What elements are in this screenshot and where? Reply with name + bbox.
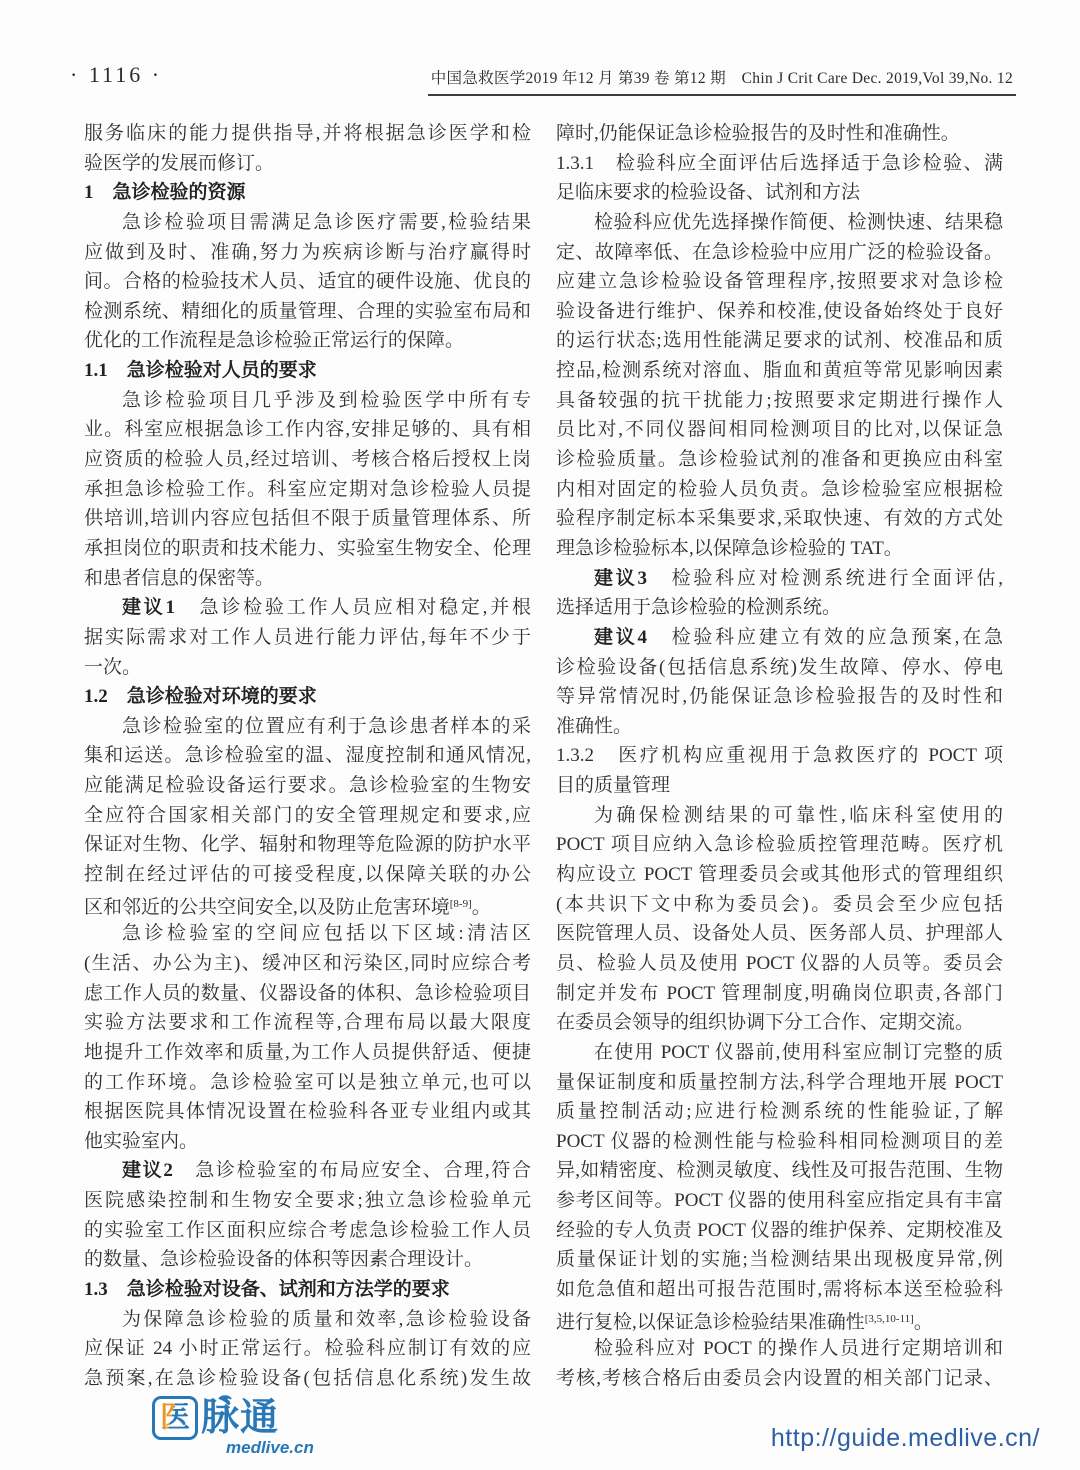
text-line: 定、故障率低、在急诊检验中应用广泛的检验设备。: [556, 238, 1003, 268]
text-line: 他实验室内。: [84, 1127, 531, 1157]
recommendation-line: 建议2 急诊检验室的布局应安全、合理,符合: [84, 1156, 531, 1186]
medlive-logo-text: 脉通: [201, 1397, 279, 1439]
section-heading: 1.2 急诊检验对环境的要求: [84, 682, 531, 712]
medlive-logo-box: 医: [152, 1396, 198, 1440]
text-line: 全应符合国家相关部门的安全管理规定和要求,应: [84, 801, 531, 831]
text-line: 的工作环境。急诊检验室可以是独立单元,也可以: [84, 1068, 531, 1098]
medlive-logo: 医 脉通 medlive.cn: [152, 1396, 314, 1460]
text-line: 优化的工作流程是急诊检验正常运行的保障。: [84, 326, 531, 356]
text-line: 间。合格的检验技术人员、适宜的硬件设施、优良的: [84, 267, 531, 297]
text-line: 在使用 POCT 仪器前,使用科室应制订完整的质: [556, 1038, 1003, 1068]
text-line: 准确性。: [556, 712, 1003, 742]
text-line: 检验科应优先选择操作简便、检测快速、结果稳: [556, 208, 1003, 238]
text-line: 的实验室工作区面积应综合考虑急诊检验工作人员: [84, 1216, 531, 1246]
text-line: 应保证 24 小时正常运行。检验科应制订有效的应: [84, 1334, 531, 1364]
text-line: 员、检验人员及使用 POCT 仪器的人员等。委员会: [556, 949, 1003, 979]
text-line: 员比对,不同仪器间相同检测项目的比对,以保证急: [556, 415, 1003, 445]
text-line: 内相对固定的检验人员负责。急诊检验室应根据检: [556, 475, 1003, 505]
text-line: 考核,考核合格后由委员会内设置的相关部门记录、: [556, 1364, 1003, 1394]
text-line: 地提升工作效率和质量,为工作人员提供舒适、便捷: [84, 1038, 531, 1068]
text-line: 急诊检验项目需满足急诊医疗需要,检验结果: [84, 208, 531, 238]
text-line: 为确保检测结果的可靠性,临床科室使用的: [556, 801, 1003, 831]
text-line: 足临床要求的检验设备、试剂和方法: [556, 178, 1003, 208]
text-line: 参考区间等。POCT 仪器的使用科室应指定具有丰富: [556, 1186, 1003, 1216]
text-line: 在委员会领导的组织协调下分工合作、定期交流。: [556, 1008, 1003, 1038]
text-line: 具备较强的抗干扰能力;按照要求定期进行操作人: [556, 386, 1003, 416]
medlive-logo-boxed-char: 医: [160, 1403, 190, 1433]
text-line: 急预案,在急诊检验设备(包括信息化系统)发生故: [84, 1364, 531, 1394]
text-line: 据实际需求对工作人员进行能力评估,每年不少于: [84, 623, 531, 653]
medlive-logo-row: 医 脉通: [152, 1396, 314, 1440]
text-line: 和患者信息的保密等。: [84, 564, 531, 594]
text-line: 应能满足检验设备运行要求。急诊检验室的生物安: [84, 771, 531, 801]
text-line: (本共识下文中称为委员会)。委员会至少应包括: [556, 890, 1003, 920]
section-heading: 1.3 急诊检验对设备、试剂和方法学的要求: [84, 1275, 531, 1305]
signal-icon: [215, 1387, 235, 1401]
text-line: 控品,检测系统对溶血、脂血和黄疸等常见影响因素: [556, 356, 1003, 386]
text-line: 业。科室应根据急诊工作内容,安排足够的、具有相: [84, 415, 531, 445]
text-line: 检验科应对 POCT 的操作人员进行定期培训和: [556, 1334, 1003, 1364]
text-line: 应资质的检验人员,经过培训、考核合格后授权上岗: [84, 445, 531, 475]
medlive-logo-subtitle: medlive.cn: [226, 1438, 314, 1458]
recommendation-line: 建议4 检验科应建立有效的应急预案,在急: [556, 623, 1003, 653]
text-line: 的运行状态;选用性能满足要求的试剂、校准品和质: [556, 326, 1003, 356]
text-line: 集和运送。急诊检验室的温、湿度控制和通风情况,: [84, 741, 531, 771]
text-line: 验设备进行维护、保养和校准,使设备始终处于良好: [556, 297, 1003, 327]
text-line: 进行复检,以保证急诊检验结果准确性[3,5,10-11]。: [556, 1305, 1003, 1335]
text-line: 如危急值和超出可报告范围时,需将标本送至检验科: [556, 1275, 1003, 1305]
text-line: 异,如精密度、检测灵敏度、线性及可报告范围、生物: [556, 1156, 1003, 1186]
section-heading: 1.1 急诊检验对人员的要求: [84, 356, 531, 386]
left-column: 服务临床的能力提供指导,并将根据急诊医学和检验医学的发展而修订。1 急诊检验的资…: [84, 119, 531, 1394]
section-heading: 1 急诊检验的资源: [84, 178, 531, 208]
text-line: 理急诊检验标本,以保障急诊检验的 TAT。: [556, 534, 1003, 564]
text-line: 控制在经过评估的可接受程度,以保障关联的办公: [84, 860, 531, 890]
text-line: 为保障急诊检验的质量和效率,急诊检验设备: [84, 1305, 531, 1335]
text-line: 量保证制度和质量控制方法,科学合理地开展 POCT: [556, 1068, 1003, 1098]
text-line: 障时,仍能保证急诊检验报告的及时性和准确性。: [556, 119, 1003, 149]
text-line: 急诊检验室的位置应有利于急诊患者样本的采: [84, 712, 531, 742]
text-line: 保证对生物、化学、辐射和物理等危险源的防护水平: [84, 830, 531, 860]
text-line: 检测系统、精细化的质量管理、合理的实验室布局和: [84, 297, 531, 327]
journal-citation: 中国急救医学2019 年12 月 第39 卷 第12 期 Chin J Crit…: [428, 66, 1016, 96]
text-line: 经验的专人负责 POCT 仪器的维护保养、定期校准及: [556, 1216, 1003, 1246]
text-line: 服务临床的能力提供指导,并将根据急诊医学和检: [84, 119, 531, 149]
text-line: 诊检验设备(包括信息系统)发生故障、停水、停电: [556, 653, 1003, 683]
text-line: 急诊检验室的空间应包括以下区域:清洁区: [84, 919, 531, 949]
text-line: (生活、办公为主)、缓冲区和污染区,同时应综合考: [84, 949, 531, 979]
right-column: 障时,仍能保证急诊检验报告的及时性和准确性。1.3.1 检验科应全面评估后选择适…: [556, 119, 1003, 1394]
page-number: · 1116 ·: [70, 62, 162, 88]
text-line: 验程序制定标本采集要求,采取快速、有效的方式处: [556, 504, 1003, 534]
text-line: 构应设立 POCT 管理委员会或其他形式的管理组织: [556, 860, 1003, 890]
text-line: 根据医院具体情况设置在检验科各亚专业组内或其: [84, 1097, 531, 1127]
text-line: 供培训,培训内容应包括但不限于质量管理体系、所: [84, 504, 531, 534]
text-line: 质量保证计划的实施;当检测结果出现极度异常,例: [556, 1245, 1003, 1275]
journal-page: · 1116 · 中国急救医学2019 年12 月 第39 卷 第12 期 Ch…: [0, 0, 1080, 1470]
text-line: 诊检验质量。急诊检验试剂的准备和更换应由科室: [556, 445, 1003, 475]
text-line: 应做到及时、准确,努力为疾病诊断与治疗赢得时: [84, 238, 531, 268]
subsection-heading: 1.3.2 医疗机构应重视用于急救医疗的 POCT 项: [556, 741, 1003, 771]
text-line: 医院管理人员、设备处人员、医务部人员、护理部人: [556, 919, 1003, 949]
text-line: 选择适用于急诊检验的检测系统。: [556, 593, 1003, 623]
text-line: 急诊检验项目几乎涉及到检验医学中所有专: [84, 386, 531, 416]
text-line: 质量控制活动;应进行检测系统的性能验证,了解: [556, 1097, 1003, 1127]
text-line: 验医学的发展而修订。: [84, 149, 531, 179]
text-line: 承担岗位的职责和技术能力、实验室生物安全、伦理: [84, 534, 531, 564]
recommendation-line: 建议3 检验科应对检测系统进行全面评估,: [556, 564, 1003, 594]
text-line: 应建立急诊检验设备管理程序,按照要求对急诊检: [556, 267, 1003, 297]
text-line: 虑工作人员的数量、仪器设备的体积、急诊检验项目: [84, 979, 531, 1009]
guide-link[interactable]: http://guide.medlive.cn/: [771, 1424, 1040, 1453]
text-line: 实验方法要求和工作流程等,合理布局以最大限度: [84, 1008, 531, 1038]
text-line: 承担急诊检验工作。科室应定期对急诊检验人员提: [84, 475, 531, 505]
text-line: 等异常情况时,仍能保证急诊检验报告的及时性和: [556, 682, 1003, 712]
text-line: POCT 项目应纳入急诊检验质控管理范畴。医疗机: [556, 830, 1003, 860]
text-line: 的数量、急诊检验设备的体积等因素合理设计。: [84, 1245, 531, 1275]
text-line: 一次。: [84, 653, 531, 683]
subsection-heading: 1.3.1 检验科应全面评估后选择适于急诊检验、满: [556, 149, 1003, 179]
recommendation-line: 建议1 急诊检验工作人员应相对稳定,并根: [84, 593, 531, 623]
medlive-logo-chars: 脉通: [201, 1399, 279, 1437]
text-line: 制定并发布 POCT 管理制度,明确岗位职责,各部门: [556, 979, 1003, 1009]
text-line: 医院感染控制和生物安全要求;独立急诊检验单元: [84, 1186, 531, 1216]
text-line: 区和邻近的公共空间安全,以及防止危害环境[8-9]。: [84, 890, 531, 920]
text-line: POCT 仪器的检测性能与检验科相同检测项目的差: [556, 1127, 1003, 1157]
text-line: 目的质量管理: [556, 771, 1003, 801]
